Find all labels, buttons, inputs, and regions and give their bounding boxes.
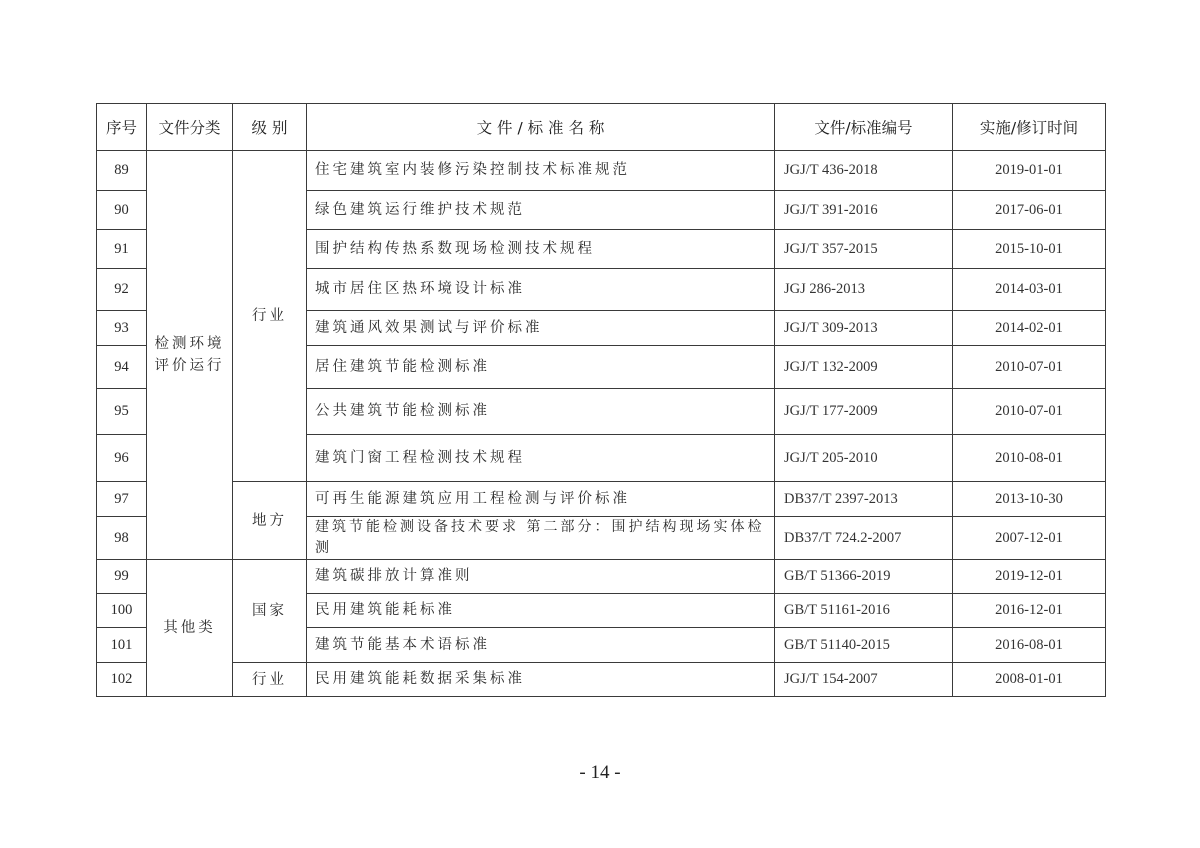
- row-code: JGJ 286-2013: [775, 269, 953, 311]
- level-cell-local: 地方: [233, 482, 307, 560]
- row-seq: 90: [97, 191, 147, 230]
- table-row: 89 检测环境 评价运行 行业 住宅建筑室内装修污染控制技术标准规范 JGJ/T…: [97, 151, 1106, 191]
- row-seq: 95: [97, 389, 147, 435]
- row-name: 建筑门窗工程检测技术规程: [307, 435, 775, 482]
- page-number: - 14 -: [0, 762, 1200, 784]
- header-category: 文件分类: [147, 104, 233, 151]
- row-date: 2010-07-01: [953, 346, 1106, 389]
- row-name: 城市居住区热环境设计标准: [307, 269, 775, 311]
- row-code: JGJ/T 177-2009: [775, 389, 953, 435]
- row-date: 2015-10-01: [953, 230, 1106, 269]
- row-name: 建筑通风效果测试与评价标准: [307, 311, 775, 346]
- header-date: 实施/修订时间: [953, 104, 1106, 151]
- row-date: 2010-08-01: [953, 435, 1106, 482]
- row-seq: 91: [97, 230, 147, 269]
- row-name: 建筑碳排放计算准则: [307, 560, 775, 594]
- row-seq: 100: [97, 594, 147, 628]
- level-label: 行业: [252, 672, 287, 688]
- level-label: 行业: [252, 308, 287, 324]
- table-row: 97 地方 可再生能源建筑应用工程检测与评价标准 DB37/T 2397-201…: [97, 482, 1106, 517]
- row-seq: 94: [97, 346, 147, 389]
- row-name: 居住建筑节能检测标准: [307, 346, 775, 389]
- header-code: 文件/标准编号: [775, 104, 953, 151]
- category-label: 其他类: [163, 620, 216, 636]
- row-date: 2016-08-01: [953, 628, 1106, 663]
- row-name: 围护结构传热系数现场检测技术规程: [307, 230, 775, 269]
- row-code: GB/T 51366-2019: [775, 560, 953, 594]
- row-seq: 98: [97, 517, 147, 560]
- table-row: 99 其他类 国家 建筑碳排放计算准则 GB/T 51366-2019 2019…: [97, 560, 1106, 594]
- row-code: DB37/T 724.2-2007: [775, 517, 953, 560]
- row-code: JGJ/T 391-2016: [775, 191, 953, 230]
- row-code: JGJ/T 154-2007: [775, 663, 953, 697]
- row-seq: 97: [97, 482, 147, 517]
- row-date: 2007-12-01: [953, 517, 1106, 560]
- row-date: 2019-12-01: [953, 560, 1106, 594]
- row-date: 2017-06-01: [953, 191, 1106, 230]
- row-code: JGJ/T 132-2009: [775, 346, 953, 389]
- row-code: JGJ/T 436-2018: [775, 151, 953, 191]
- header-name: 文 件 / 标 准 名 称: [307, 104, 775, 151]
- row-seq: 101: [97, 628, 147, 663]
- row-seq: 89: [97, 151, 147, 191]
- row-name: 绿色建筑运行维护技术规范: [307, 191, 775, 230]
- row-name: 住宅建筑室内装修污染控制技术标准规范: [307, 151, 775, 191]
- row-name: 公共建筑节能检测标准: [307, 389, 775, 435]
- row-name: 民用建筑能耗数据采集标准: [307, 663, 775, 697]
- row-date: 2019-01-01: [953, 151, 1106, 191]
- row-date: 2014-02-01: [953, 311, 1106, 346]
- category-label: 检测环境 评价运行: [155, 333, 225, 377]
- row-name: 建筑节能检测设备技术要求 第二部分：围护结构现场实体检测: [307, 517, 775, 560]
- row-seq: 93: [97, 311, 147, 346]
- table-header-row: 序号 文件分类 级 别 文 件 / 标 准 名 称 文件/标准编号 实施/修订时…: [97, 104, 1106, 151]
- row-seq: 102: [97, 663, 147, 697]
- row-code: JGJ/T 205-2010: [775, 435, 953, 482]
- level-label: 国家: [252, 603, 287, 619]
- row-code: GB/T 51140-2015: [775, 628, 953, 663]
- row-name: 建筑节能基本术语标准: [307, 628, 775, 663]
- row-code: JGJ/T 309-2013: [775, 311, 953, 346]
- row-seq: 92: [97, 269, 147, 311]
- header-level: 级 别: [233, 104, 307, 151]
- level-cell-national: 国家: [233, 560, 307, 663]
- row-code: JGJ/T 357-2015: [775, 230, 953, 269]
- level-cell-industry: 行业: [233, 151, 307, 482]
- row-name: 可再生能源建筑应用工程检测与评价标准: [307, 482, 775, 517]
- row-seq: 96: [97, 435, 147, 482]
- category-cell-inspection: 检测环境 评价运行: [147, 151, 233, 560]
- row-date: 2013-10-30: [953, 482, 1106, 517]
- standards-table: 序号 文件分类 级 别 文 件 / 标 准 名 称 文件/标准编号 实施/修订时…: [96, 103, 1106, 697]
- row-date: 2008-01-01: [953, 663, 1106, 697]
- level-label: 地方: [252, 513, 287, 529]
- row-code: GB/T 51161-2016: [775, 594, 953, 628]
- row-name: 民用建筑能耗标准: [307, 594, 775, 628]
- header-seq: 序号: [97, 104, 147, 151]
- row-date: 2016-12-01: [953, 594, 1106, 628]
- row-seq: 99: [97, 560, 147, 594]
- row-date: 2010-07-01: [953, 389, 1106, 435]
- row-date: 2014-03-01: [953, 269, 1106, 311]
- category-cell-other: 其他类: [147, 560, 233, 697]
- table-row: 102 行业 民用建筑能耗数据采集标准 JGJ/T 154-2007 2008-…: [97, 663, 1106, 697]
- row-code: DB37/T 2397-2013: [775, 482, 953, 517]
- level-cell-industry: 行业: [233, 663, 307, 697]
